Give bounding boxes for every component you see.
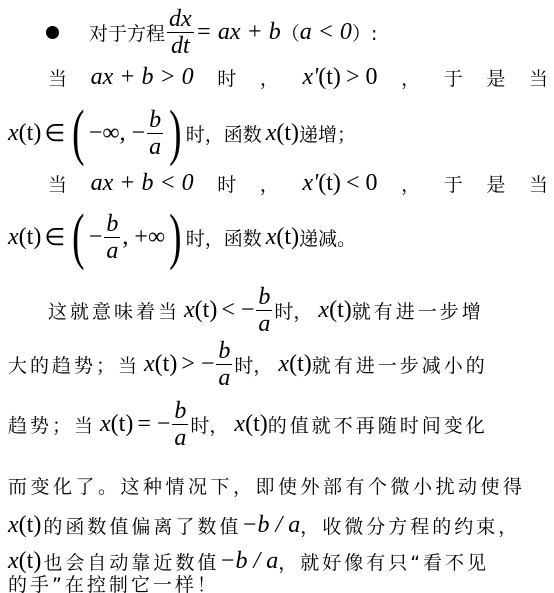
intro-text: 对于方程 [89, 19, 165, 46]
decreasing-interval-line: x(t) ∈ ( − b a , +∞ ) 时，函数 x(t) 递减。 [8, 206, 356, 268]
paragraph-line: 这就意味着当 x(t) < − b a 时， x(t) 就有进一步增 [48, 284, 484, 337]
paragraph-line: x(t) 的函数值偏离了数值 −b / a ，收微分方程的约束， [8, 512, 520, 539]
condition: a < 0 [300, 19, 352, 46]
case-positive-line: 当 ax + b > 0 时 ， x'(t) > 0 ， 于 是 当 [48, 64, 548, 91]
paragraph-line: 的手”在控制它一样！ [8, 570, 219, 593]
case-negative-line: 当 ax + b < 0 时 ， x'(t) < 0 ， 于 是 当 [48, 170, 548, 197]
increasing-interval-line: x(t) ∈ ( −∞, − b a ) 时，函数 x(t) 递增； [8, 102, 356, 164]
paragraph-line: 而变化了。这种情况下，即使外部有个微小扰动使得 [8, 472, 526, 499]
equation-intro-line: 对于方程 dx dt = ax + b （ a < 0 ）: [46, 6, 377, 59]
bullet-icon [46, 26, 59, 39]
paragraph-line: 趋势；当 x(t) = − b a 时， x(t) 的值就不再随时间变化 [8, 398, 488, 451]
paragraph-line: 大的趋势；当 x(t) > − b a 时， x(t) 就有进一步减小的 [8, 338, 488, 391]
derivative-fraction: dx dt [167, 6, 194, 59]
equation-rhs: = ax + b [196, 19, 281, 46]
